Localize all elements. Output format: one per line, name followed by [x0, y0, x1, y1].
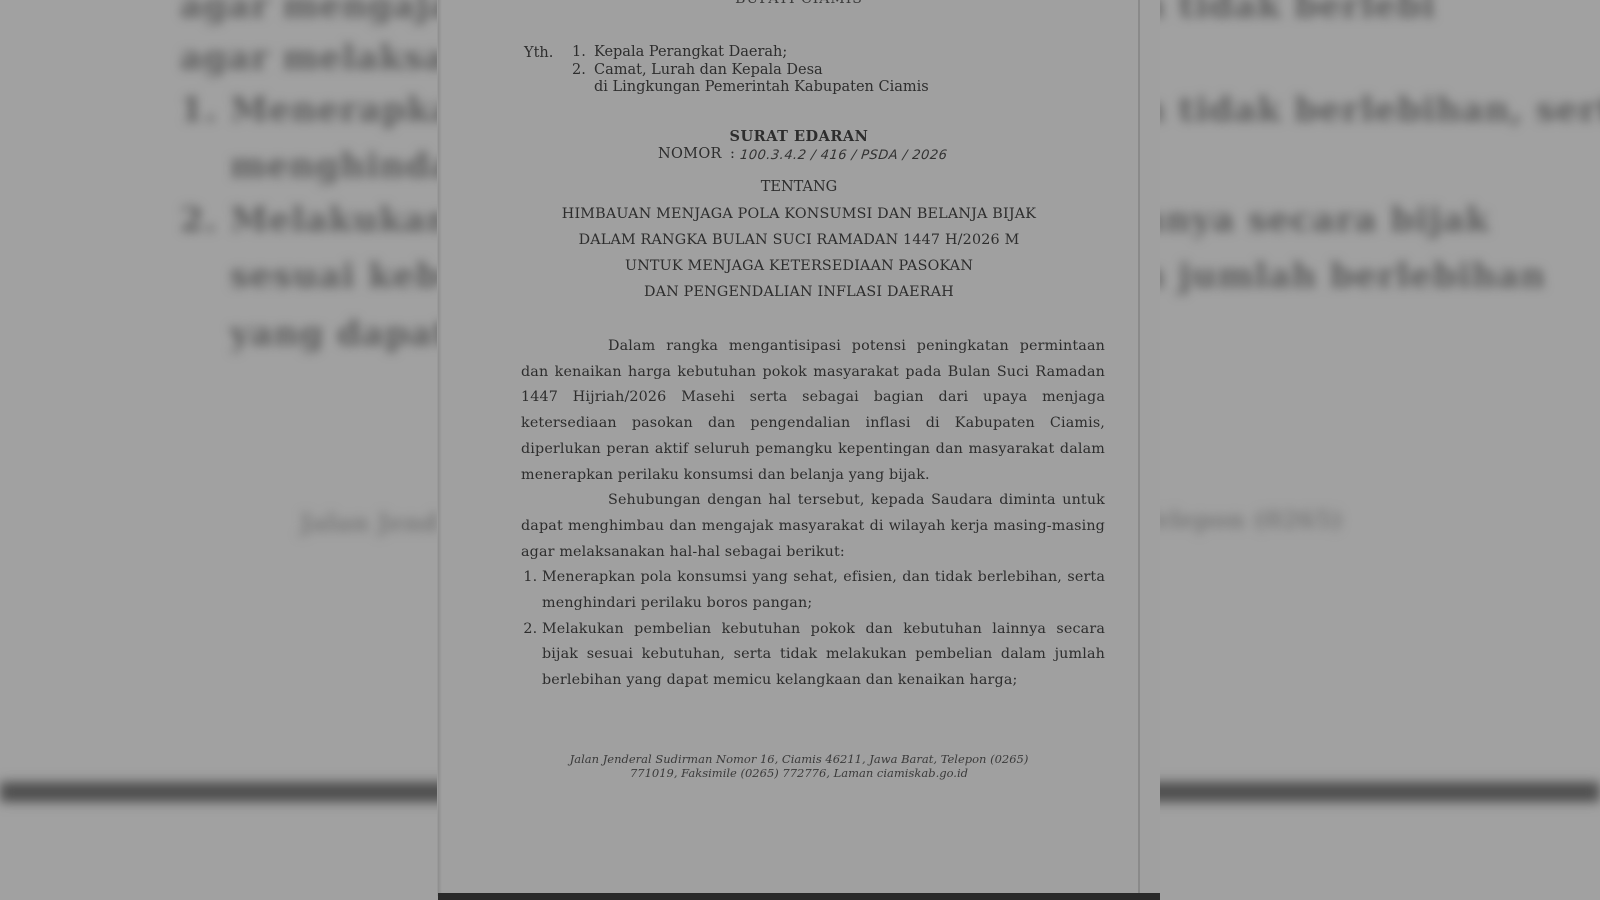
- recipient-text: Kepala Perangkat Daerah;: [594, 44, 787, 62]
- bg-text-line: n tidak berlebi: [1140, 0, 1436, 26]
- footer-address: Jalan Jenderal Sudirman Nomor 16, Ciamis…: [438, 752, 1160, 766]
- subject-line: UNTUK MENJAGA KETERSEDIAAN PASOKAN: [438, 253, 1160, 279]
- bg-footer-text: Jalan Jend: [300, 508, 438, 537]
- recipient-item: 1. Kepala Perangkat Daerah;: [572, 44, 929, 62]
- instruction-list: Menerapkan pola konsumsi yang sehat, efi…: [521, 565, 1105, 694]
- bg-text-line: n tidak berlebihan, serta: [1140, 90, 1600, 130]
- letter-body: Dalam rangka mengantisipasi potensi peni…: [521, 334, 1105, 694]
- subject-heading: HIMBAUAN MENJAGA POLA KONSUMSI DAN BELAN…: [438, 201, 1160, 305]
- handwritten-number: 100.3.4.2 / 416 / PSDA / 2026: [739, 148, 948, 163]
- bg-text-line: agar mengajak: [180, 0, 477, 26]
- about-label: TENTANG: [438, 179, 1160, 195]
- issuer-title: BUPATI CIAMIS: [438, 0, 1160, 7]
- letterhead-footer: Jalan Jenderal Sudirman Nomor 16, Ciamis…: [438, 752, 1160, 780]
- recipient-scope: di Lingkungan Pemerintah Kabupaten Ciami…: [572, 79, 929, 97]
- recipient-text: Camat, Lurah dan Kepala Desa: [594, 62, 823, 80]
- bg-text-line: 1. Menerapkan: [180, 90, 480, 130]
- recipient-number: 1.: [572, 44, 594, 62]
- bg-footer-text: Telepon (0265): [1140, 505, 1343, 534]
- recipient-item: 2. Camat, Lurah dan Kepala Desa: [572, 62, 929, 80]
- instruction-item: Melakukan pembelian kebutuhan pokok dan …: [542, 617, 1105, 694]
- letter-page: BUPATI CIAMIS Yth. 1. Kepala Perangkat D…: [438, 0, 1160, 896]
- subject-line: DALAM RANGKA BULAN SUCI RAMADAN 1447 H/2…: [438, 227, 1160, 253]
- number-separator: :: [730, 146, 735, 162]
- addressee-label: Yth.: [524, 45, 553, 61]
- recipient-number: 2.: [572, 62, 594, 80]
- number-label: NOMOR: [658, 146, 722, 162]
- body-paragraph: Sehubungan dengan hal tersebut, kepada S…: [521, 488, 1105, 565]
- instruction-item: Menerapkan pola konsumsi yang sehat, efi…: [542, 565, 1105, 616]
- subject-line: DAN PENGENDALIAN INFLASI DAERAH: [438, 279, 1160, 305]
- photo-viewer: agar mengajak agar melaksanakan 1. Mener…: [0, 0, 1600, 900]
- document-type-title: SURAT EDARAN: [438, 128, 1160, 145]
- subject-line: HIMBAUAN MENJAGA POLA KONSUMSI DAN BELAN…: [438, 201, 1160, 227]
- page-bottom-edge: [438, 893, 1160, 900]
- footer-contact: 771019, Faksimile (0265) 772776, Laman c…: [438, 766, 1160, 780]
- recipient-list: 1. Kepala Perangkat Daerah; 2. Camat, Lu…: [572, 44, 929, 97]
- bg-text-line: n jumlah berlebihan: [1140, 256, 1546, 296]
- bg-text-line: nnya secara bijak: [1140, 200, 1490, 240]
- body-paragraph: Dalam rangka mengantisipasi potensi peni…: [521, 334, 1105, 488]
